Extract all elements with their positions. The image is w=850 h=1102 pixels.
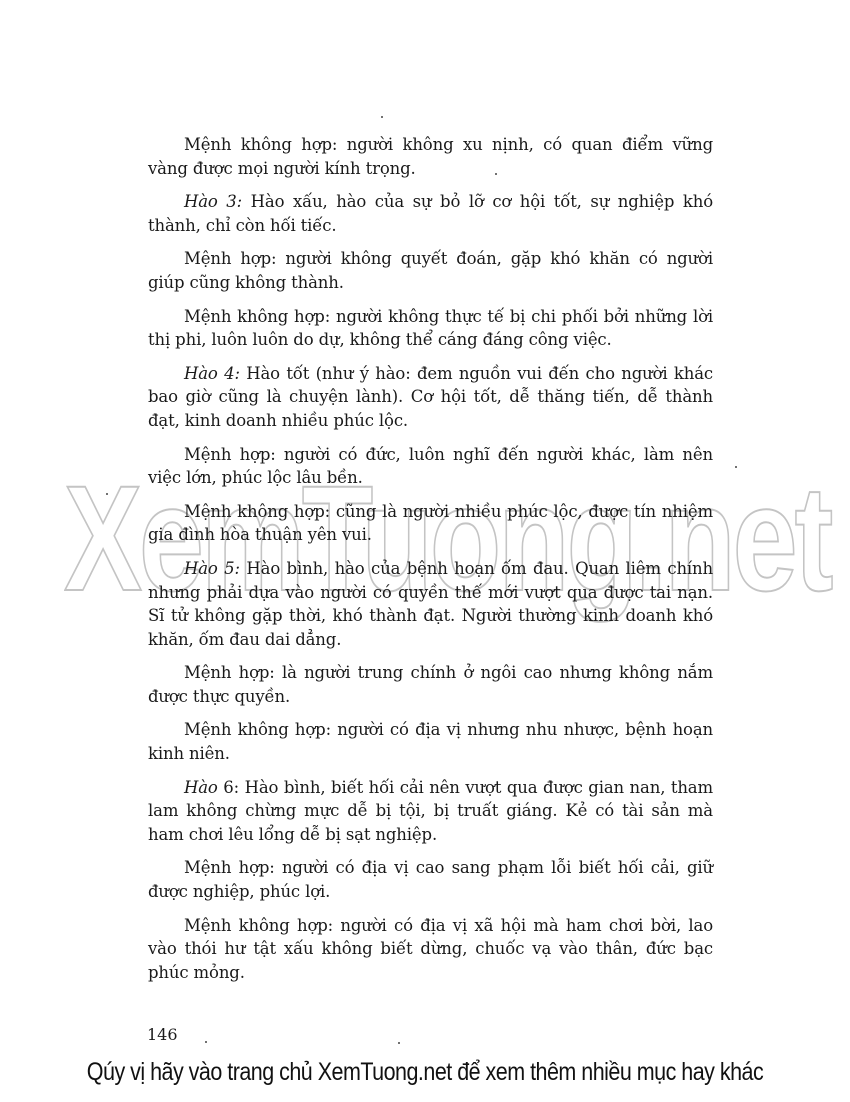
paragraph-text: Mệnh không hợp: người có địa vị nhưng nh… xyxy=(148,720,713,763)
paragraph-text: Mệnh hợp: người có đức, luôn nghĩ đến ng… xyxy=(148,445,713,488)
paragraph-hao-4: Hào 4: Hào tốt (như ý hào: đem nguồn vui… xyxy=(148,362,713,433)
paragraph: Mệnh không hợp: người không xu nịnh, có … xyxy=(148,133,713,180)
book-page: XemTuong.net Mệnh không hợp: người không… xyxy=(0,0,850,1102)
paragraph-lead: Hào 5: xyxy=(184,559,240,578)
scan-speck xyxy=(381,116,383,118)
paragraph-lead: Hào xyxy=(184,778,218,797)
page-body: Mệnh không hợp: người không xu nịnh, có … xyxy=(148,133,713,994)
scan-speck xyxy=(735,466,737,468)
page-number: 146 xyxy=(147,1025,178,1044)
paragraph: Mệnh không hợp: người có địa vị xã hội m… xyxy=(148,914,713,985)
paragraph: Mệnh không hợp: người có địa vị nhưng nh… xyxy=(148,718,713,765)
footer-prefix: Qúy vị hãy vào trang chủ xyxy=(87,1058,318,1086)
paragraph: Mệnh hợp: người không quyết đoán, gặp kh… xyxy=(148,247,713,294)
paragraph: Mệnh không hợp: cũng là người nhiều phúc… xyxy=(148,500,713,547)
scan-speck xyxy=(205,1041,207,1043)
paragraph-lead: Hào 3: xyxy=(184,192,242,211)
paragraph-text: Mệnh không hợp: người có địa vị xã hội m… xyxy=(148,916,713,982)
scan-speck xyxy=(398,1042,400,1044)
paragraph-text: Mệnh không hợp: người không xu nịnh, có … xyxy=(148,135,713,178)
paragraph: Mệnh hợp: người có địa vị cao sang phạm … xyxy=(148,856,713,903)
paragraph-hao-3: Hào 3: Hào xấu, hào của sự bỏ lỡ cơ hội … xyxy=(148,190,713,237)
footer-site-link[interactable]: XemTuong.net xyxy=(318,1058,452,1086)
paragraph: Mệnh không hợp: người không thực tế bị c… xyxy=(148,305,713,352)
paragraph-hao-5: Hào 5: Hào bình, hào của bệnh hoạn ốm đa… xyxy=(148,557,713,651)
paragraph-text: Mệnh không hợp: người không thực tế bị c… xyxy=(148,307,713,350)
scan-speck xyxy=(106,493,108,495)
paragraph-text: 6: Hào bình, biết hối cải nên vượt qua đ… xyxy=(148,778,713,844)
paragraph-text: Mệnh hợp: là người trung chính ở ngôi ca… xyxy=(148,663,713,706)
paragraph-hao-6: Hào 6: Hào bình, biết hối cải nên vượt q… xyxy=(148,776,713,847)
footer-promo: Qúy vị hãy vào trang chủ XemTuong.net để… xyxy=(60,1058,791,1087)
paragraph: Mệnh hợp: người có đức, luôn nghĩ đến ng… xyxy=(148,443,713,490)
paragraph-lead: Hào 4: xyxy=(184,364,240,383)
paragraph-text: Mệnh không hợp: cũng là người nhiều phúc… xyxy=(148,502,713,545)
footer-suffix: để xem thêm nhiều mục hay khác xyxy=(452,1058,763,1086)
paragraph: Mệnh hợp: là người trung chính ở ngôi ca… xyxy=(148,661,713,708)
paragraph-text: Mệnh hợp: người có địa vị cao sang phạm … xyxy=(148,858,713,901)
paragraph-text: Mệnh hợp: người không quyết đoán, gặp kh… xyxy=(148,249,713,292)
